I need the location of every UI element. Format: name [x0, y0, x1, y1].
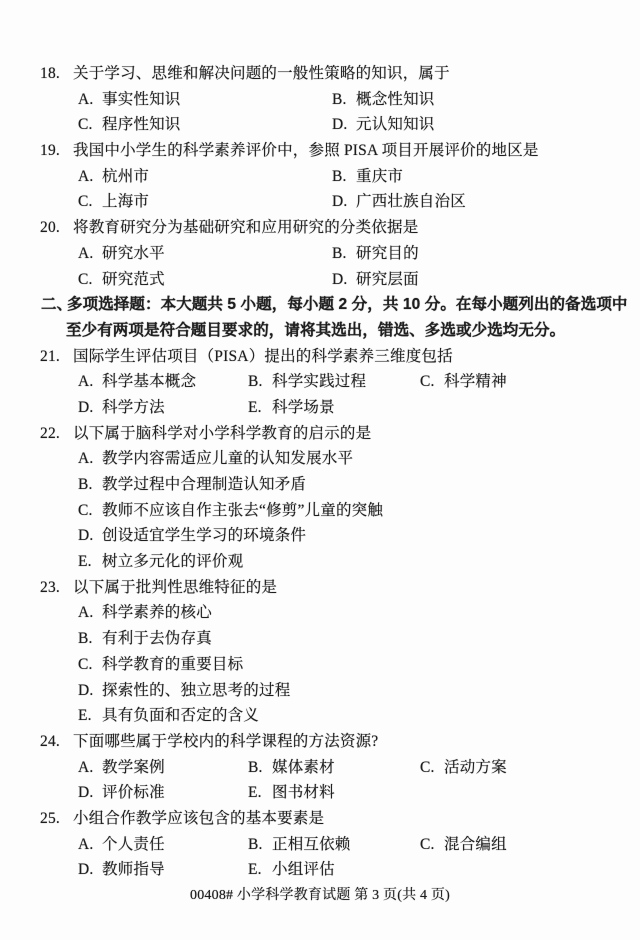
option-row: D.评价标准 E.图书材料: [0, 780, 640, 806]
option-text: 媒体素材: [272, 759, 335, 776]
page-content: 18. 关于学习、思维和解决问题的一般性策略的知识，属于 A.事实性知识 B.概…: [0, 61, 640, 883]
question-number: 21.: [40, 344, 60, 370]
option-label: A.: [78, 87, 102, 113]
option-text: 研究范式: [102, 271, 165, 288]
option-d: D.创设适宜学生学习的环境条件: [78, 523, 306, 549]
option-label: B.: [78, 626, 102, 652]
option-text: 教学案例: [102, 759, 165, 776]
option-text: 教师指导: [102, 861, 165, 878]
option-text: 科学场景: [272, 399, 335, 416]
option-text: 研究水平: [102, 245, 165, 262]
option-row: C.教师不应该自作主张去“修剪”儿童的突触: [0, 498, 640, 524]
option-b: B.有利于去伪存真: [78, 626, 212, 652]
option-label: C.: [78, 498, 102, 524]
option-row: D.创设适宜学生学习的环境条件: [0, 523, 640, 549]
option-text: 事实性知识: [102, 91, 181, 108]
option-text: 个人责任: [102, 836, 165, 853]
exam-paper-page: 18. 关于学习、思维和解决问题的一般性策略的知识，属于 A.事实性知识 B.概…: [0, 0, 640, 940]
option-label: B.: [248, 369, 272, 395]
option-row: E.树立多元化的评价观: [0, 549, 640, 575]
option-row: C.程序性知识 D.元认知知识: [0, 112, 640, 138]
section-heading-line-1: 二、 多项选择题：本大题共 5 小题，每小题 2 分，共 10 分。在每小题列出…: [0, 292, 640, 318]
option-b: B.重庆市: [332, 164, 403, 190]
question-number: 20.: [40, 215, 60, 241]
option-e: E.科学场景: [248, 395, 335, 421]
question-line-18: 18. 关于学习、思维和解决问题的一般性策略的知识，属于: [0, 61, 640, 87]
option-label: D.: [78, 395, 102, 421]
option-text: 概念性知识: [356, 91, 435, 108]
option-a: A.个人责任: [78, 832, 165, 858]
option-text: 混合编组: [444, 836, 507, 853]
question-text: 下面哪些属于学校内的科学课程的方法资源?: [73, 729, 378, 755]
option-text: 元认知知识: [356, 116, 435, 133]
question-line-22: 22. 以下属于脑科学对小学科学教育的启示的是: [0, 421, 640, 447]
option-d: D.评价标准: [78, 780, 165, 806]
option-label: E.: [78, 549, 102, 575]
option-row: C.上海市 D.广西壮族自治区: [0, 189, 640, 215]
option-label: B.: [332, 241, 356, 267]
option-text: 研究层面: [356, 271, 419, 288]
question-line-23: 23. 以下属于批判性思维特征的是: [0, 575, 640, 601]
option-e: E.树立多元化的评价观: [78, 549, 243, 575]
option-label: B.: [248, 755, 272, 781]
option-c: C.科学精神: [420, 369, 507, 395]
question-number: 22.: [40, 421, 60, 447]
option-text: 教学过程中合理制造认知矛盾: [102, 476, 306, 493]
option-row: A.教学案例 B.媒体素材 C.活动方案: [0, 755, 640, 781]
option-row: B.教学过程中合理制造认知矛盾: [0, 472, 640, 498]
option-label: D.: [78, 780, 102, 806]
option-text: 程序性知识: [102, 116, 181, 133]
option-text: 创设适宜学生学习的环境条件: [102, 527, 306, 544]
question-number: 24.: [40, 729, 60, 755]
option-b: B.正相互依赖: [248, 832, 351, 858]
page-footer: 00408# 小学科学教育试题 第 3 页(共 4 页): [0, 885, 640, 907]
option-c: C.研究范式: [78, 267, 165, 293]
question-line-21: 21. 国际学生评估项目（PISA）提出的科学素养三维度包括: [0, 344, 640, 370]
option-b: B.研究目的: [332, 241, 419, 267]
option-b: B.概念性知识: [332, 87, 435, 113]
option-c: C.活动方案: [420, 755, 507, 781]
option-label: B.: [78, 472, 102, 498]
option-text: 探索性的、独立思考的过程: [102, 682, 290, 699]
option-b: B.教学过程中合理制造认知矛盾: [78, 472, 306, 498]
option-text: 科学教育的重要目标: [102, 656, 243, 673]
option-text: 具有负面和否定的含义: [102, 707, 259, 724]
option-label: A.: [78, 164, 102, 190]
option-a: A.杭州市: [78, 164, 149, 190]
option-c: C.上海市: [78, 189, 149, 215]
option-d: D.科学方法: [78, 395, 165, 421]
question-text: 以下属于批判性思维特征的是: [73, 575, 277, 601]
option-row: A.事实性知识 B.概念性知识: [0, 87, 640, 113]
question-text: 小组合作教学应该包含的基本要素是: [73, 806, 324, 832]
option-text: 教师不应该自作主张去“修剪”儿童的突触: [102, 502, 383, 519]
option-row: B.有利于去伪存真: [0, 626, 640, 652]
option-row: A.教学内容需适应儿童的认知发展水平: [0, 446, 640, 472]
question-text: 关于学习、思维和解决问题的一般性策略的知识，属于: [73, 61, 450, 87]
section-title-continued: 至少有两项是符合题目要求的，请将其选出，错选、多选或少选均无分。: [66, 318, 565, 344]
option-text: 树立多元化的评价观: [102, 553, 243, 570]
option-label: C.: [78, 652, 102, 678]
question-number: 25.: [40, 806, 60, 832]
option-text: 有利于去伪存真: [102, 630, 212, 647]
question-text: 将教育研究分为基础研究和应用研究的分类依据是: [73, 215, 418, 241]
option-label: C.: [78, 189, 102, 215]
option-row: A.杭州市 B.重庆市: [0, 164, 640, 190]
option-a: A.科学基本概念: [78, 369, 196, 395]
option-a: A.科学素养的核心: [78, 600, 212, 626]
question-line-24: 24. 下面哪些属于学校内的科学课程的方法资源?: [0, 729, 640, 755]
option-text: 重庆市: [356, 168, 403, 185]
option-row: A.研究水平 B.研究目的: [0, 241, 640, 267]
option-label: A.: [78, 446, 102, 472]
option-e: E.图书材料: [248, 780, 335, 806]
option-text: 活动方案: [444, 759, 507, 776]
option-text: 杭州市: [102, 168, 149, 185]
option-label: E.: [248, 395, 272, 421]
question-text: 以下属于脑科学对小学科学教育的启示的是: [73, 421, 371, 447]
option-label: D.: [332, 112, 356, 138]
option-d: D.探索性的、独立思考的过程: [78, 678, 290, 704]
question-line-19: 19. 我国中小学生的科学素养评价中，参照 PISA 项目开展评价的地区是: [0, 138, 640, 164]
option-label: A.: [78, 241, 102, 267]
question-line-20: 20. 将教育研究分为基础研究和应用研究的分类依据是: [0, 215, 640, 241]
option-label: C.: [420, 755, 444, 781]
option-label: A.: [78, 369, 102, 395]
option-label: C.: [420, 369, 444, 395]
option-text: 科学精神: [444, 373, 507, 390]
question-line-25: 25. 小组合作教学应该包含的基本要素是: [0, 806, 640, 832]
option-e: E.具有负面和否定的含义: [78, 703, 259, 729]
option-c: C.教师不应该自作主张去“修剪”儿童的突触: [78, 498, 383, 524]
option-text: 教学内容需适应儿童的认知发展水平: [102, 450, 353, 467]
option-e: E.小组评估: [248, 857, 335, 883]
option-b: B.媒体素材: [248, 755, 335, 781]
option-a: A.教学案例: [78, 755, 165, 781]
option-label: E.: [248, 857, 272, 883]
question-number: 23.: [40, 575, 60, 601]
option-row: E.具有负面和否定的含义: [0, 703, 640, 729]
option-text: 科学方法: [102, 399, 165, 416]
option-text: 广西壮族自治区: [356, 193, 466, 210]
option-label: D.: [78, 857, 102, 883]
option-d: D.研究层面: [332, 267, 419, 293]
option-label: A.: [78, 755, 102, 781]
option-label: C.: [78, 112, 102, 138]
option-row: C.科学教育的重要目标: [0, 652, 640, 678]
option-label: C.: [78, 267, 102, 293]
option-label: B.: [332, 87, 356, 113]
option-row: D.探索性的、独立思考的过程: [0, 678, 640, 704]
option-text: 研究目的: [356, 245, 419, 262]
option-text: 科学基本概念: [102, 373, 196, 390]
option-text: 小组评估: [272, 861, 335, 878]
option-row: D.教师指导 E.小组评估: [0, 857, 640, 883]
option-a: A.教学内容需适应儿童的认知发展水平: [78, 446, 353, 472]
option-d: D.教师指导: [78, 857, 165, 883]
option-label: B.: [332, 164, 356, 190]
question-text: 国际学生评估项目（PISA）提出的科学素养三维度包括: [73, 344, 453, 370]
option-label: D.: [78, 523, 102, 549]
option-d: D.广西壮族自治区: [332, 189, 466, 215]
question-number: 19.: [40, 138, 60, 164]
option-a: A.研究水平: [78, 241, 165, 267]
option-text: 评价标准: [102, 784, 165, 801]
option-label: E.: [78, 703, 102, 729]
option-label: D.: [332, 267, 356, 293]
option-row: A.个人责任 B.正相互依赖 C.混合编组: [0, 832, 640, 858]
option-label: D.: [332, 189, 356, 215]
option-c: C.混合编组: [420, 832, 507, 858]
option-label: A.: [78, 832, 102, 858]
option-row: A.科学基本概念 B.科学实践过程 C.科学精神: [0, 369, 640, 395]
option-row: D.科学方法 E.科学场景: [0, 395, 640, 421]
option-label: E.: [248, 780, 272, 806]
option-label: B.: [248, 832, 272, 858]
question-number: 18.: [40, 61, 60, 87]
option-c: C.科学教育的重要目标: [78, 652, 243, 678]
option-text: 科学实践过程: [272, 373, 366, 390]
option-d: D.元认知知识: [332, 112, 435, 138]
section-title: 多项选择题：本大题共 5 小题，每小题 2 分，共 10 分。在每小题列出的备选…: [67, 292, 628, 318]
option-text: 上海市: [102, 193, 149, 210]
option-label: C.: [420, 832, 444, 858]
option-text: 正相互依赖: [272, 836, 351, 853]
section-heading-line-2: 至少有两项是符合题目要求的，请将其选出，错选、多选或少选均无分。: [0, 318, 640, 344]
option-text: 科学素养的核心: [102, 604, 212, 621]
option-c: C.程序性知识: [78, 112, 181, 138]
option-b: B.科学实践过程: [248, 369, 366, 395]
option-a: A.事实性知识: [78, 87, 181, 113]
option-label: D.: [78, 678, 102, 704]
option-text: 图书材料: [272, 784, 335, 801]
option-label: A.: [78, 600, 102, 626]
option-row: A.科学素养的核心: [0, 600, 640, 626]
option-row: C.研究范式 D.研究层面: [0, 267, 640, 293]
question-text: 我国中小学生的科学素养评价中，参照 PISA 项目开展评价的地区是: [73, 138, 539, 164]
